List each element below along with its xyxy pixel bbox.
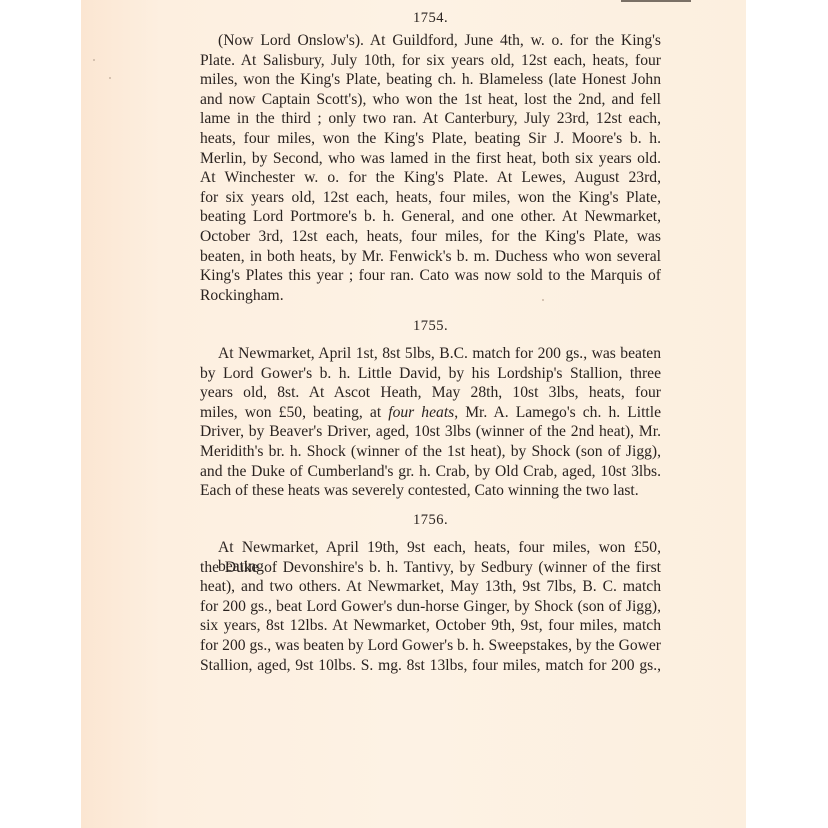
text-line: October 3rd, 12st each, heats, four mile…	[200, 227, 661, 246]
year-heading-1755: 1755.	[200, 318, 661, 335]
italic-phrase: four heats	[388, 404, 454, 421]
text-line: for 200 gs., was beaten by Lord Gower's …	[200, 636, 661, 655]
paper-speck	[93, 59, 95, 61]
text-line: six years, 8st 12lbs. At Newmarket, Octo…	[200, 616, 661, 635]
text-line: and the Duke of Cumberland's gr. h. Crab…	[200, 462, 661, 481]
text-line: (Now Lord Onslow's). At Guildford, June …	[200, 31, 661, 50]
text-line: Meridith's br. h. Shock (winner of the 1…	[200, 442, 661, 461]
text-line: for six years old, 12st each, heats, fou…	[200, 188, 661, 207]
text-line: miles, won the King's Plate, beating ch.…	[200, 70, 661, 89]
text-line: lame in the third ; only two ran. At Can…	[200, 109, 661, 128]
text-line: Plate. At Salisbury, July 10th, for six …	[200, 51, 661, 70]
year-heading-1756: 1756.	[200, 512, 661, 529]
year-heading-1754: 1754.	[200, 10, 661, 27]
text-line: At Newmarket, April 1st, 8st 5lbs, B.C. …	[200, 344, 661, 363]
text-line: and now Captain Scott's), who won the 1s…	[200, 90, 661, 109]
text-line: King's Plates this year ; four ran. Cato…	[200, 266, 661, 285]
text-line: heats, four miles, won the King's Plate,…	[200, 129, 661, 148]
text-line: At Winchester w. o. for the King's Plate…	[200, 168, 661, 187]
text-line: Driver, by Beaver's Driver, aged, 10st 3…	[200, 422, 661, 441]
text-line: miles, won £50, beating, at four heats, …	[200, 403, 661, 422]
text-line: by Lord Gower's b. h. Little David, by h…	[200, 364, 661, 383]
text-line: Each of these heats was severely contest…	[200, 481, 661, 500]
book-page: 1754. (Now Lord Onslow's). At Guildford,…	[81, 0, 746, 828]
text-line: Rockingham.	[200, 286, 661, 305]
text-line: for 200 gs., beat Lord Gower's dun-horse…	[200, 597, 661, 616]
text-line: the Duke of Devonshire's b. h. Tantivy, …	[200, 558, 661, 577]
text-line: Merlin, by Second, who was lamed in the …	[200, 149, 661, 168]
text-line: years old, 8st. At Ascot Heath, May 28th…	[200, 383, 661, 402]
text-line: heat), and two others. At Newmarket, May…	[200, 577, 661, 596]
paper-speck	[109, 77, 111, 79]
scan-edge-mark	[621, 0, 691, 2]
text-line: beating Lord Portmore's b. h. General, a…	[200, 207, 661, 226]
text-line: Stallion, aged, 9st 10lbs. S. mg. 8st 13…	[200, 656, 661, 675]
text-line: beaten, in both heats, by Mr. Fenwick's …	[200, 247, 661, 266]
text-line: At Newmarket, April 19th, 9st each, heat…	[200, 538, 661, 557]
